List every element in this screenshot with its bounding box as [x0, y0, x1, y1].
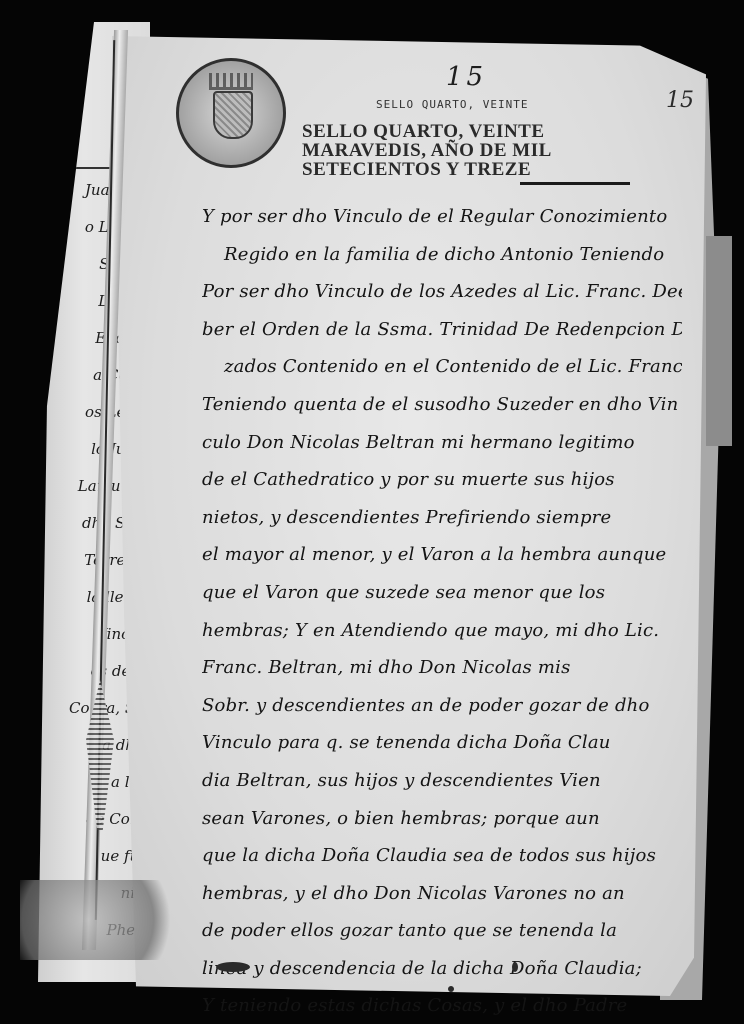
manuscript-line: hembras; Y en Atendiendo que mayo, mi dh… — [202, 612, 682, 650]
manuscript-line: Teniendo quenta de el susodho Suzeder en… — [202, 386, 682, 424]
manuscript-line: Y por ser dho Vinculo de el Regular Cono… — [202, 198, 682, 236]
stamp-header: SELLO QUARTO, VEINTE — [376, 98, 528, 111]
manuscript-line: Franc. Beltran, mi dho Don Nicolas mis — [202, 649, 682, 687]
page-tab-edge — [706, 236, 732, 446]
folio-number: 15 — [446, 62, 487, 92]
stamped-paper-heading: SELLO QUARTO, VEINTE MARAVEDIS, AÑO DE M… — [302, 122, 622, 179]
manuscript-line: de el Cathedratico y por su muerte sus h… — [202, 461, 682, 499]
manuscript-body: Y por ser dho Vinculo de el Regular Cono… — [202, 198, 682, 1024]
crown-icon — [209, 73, 253, 90]
ink-blot — [512, 962, 518, 972]
manuscript-line: nietos, y descendientes Prefiriendo siem… — [202, 499, 682, 537]
manuscript-line: que la dicha Doña Claudia sea de todos s… — [202, 837, 682, 875]
corner-page-number: 15 — [666, 88, 694, 113]
manuscript-line: linea y descendencia de la dicha Doña Cl… — [202, 950, 682, 988]
heading-rule — [520, 182, 630, 185]
manuscript-line: sean Varones, o bien hembras; porque aun — [202, 800, 682, 838]
manuscript-line: el mayor al menor, y el Varon a la hembr… — [202, 536, 682, 574]
manuscript-line: Sobr. y descendientes an de poder gozar … — [202, 687, 682, 725]
torn-paper-area — [20, 880, 190, 960]
ink-blot — [448, 986, 454, 992]
manuscript-line: Regido en la familia de dicho Antonio Te… — [202, 236, 682, 274]
manuscript-line: Por ser dho Vinculo de los Azedes al Lic… — [202, 273, 682, 311]
manuscript-line: culo Don Nicolas Beltran mi hermano legi… — [202, 424, 682, 462]
manuscript-line: hembras, y el dho Don Nicolas Varones no… — [202, 875, 682, 913]
manuscript-line: Y teniendo estas dichas Cosas, y el dho … — [202, 987, 682, 1024]
manuscript-line: zados Contenido en el Contenido de el Li… — [202, 348, 682, 386]
manuscript-scan: Juan Bo o Lopez Suera Leche El dho a Cos… — [0, 0, 744, 1024]
manuscript-line: ber el Orden de la Ssma. Trinidad De Red… — [202, 311, 682, 349]
coat-of-arms-icon — [213, 91, 253, 139]
manuscript-line: dia Beltran, sus hijos y descendientes V… — [202, 762, 682, 800]
ink-blot — [216, 962, 250, 972]
manuscript-line: de poder ellos gozar tanto que se tenend… — [202, 912, 682, 950]
stamp-line: SETECIENTOS Y TREZE — [302, 160, 622, 179]
stamp-line: SELLO QUARTO, VEINTE — [302, 122, 622, 141]
royal-seal-icon — [176, 58, 286, 168]
manuscript-line: Vinculo para q. se tenenda dicha Doña Cl… — [202, 724, 682, 762]
manuscript-line: que el Varon que suzede sea menor que lo… — [202, 574, 682, 612]
stamp-line: MARAVEDIS, AÑO DE MIL — [302, 141, 622, 160]
